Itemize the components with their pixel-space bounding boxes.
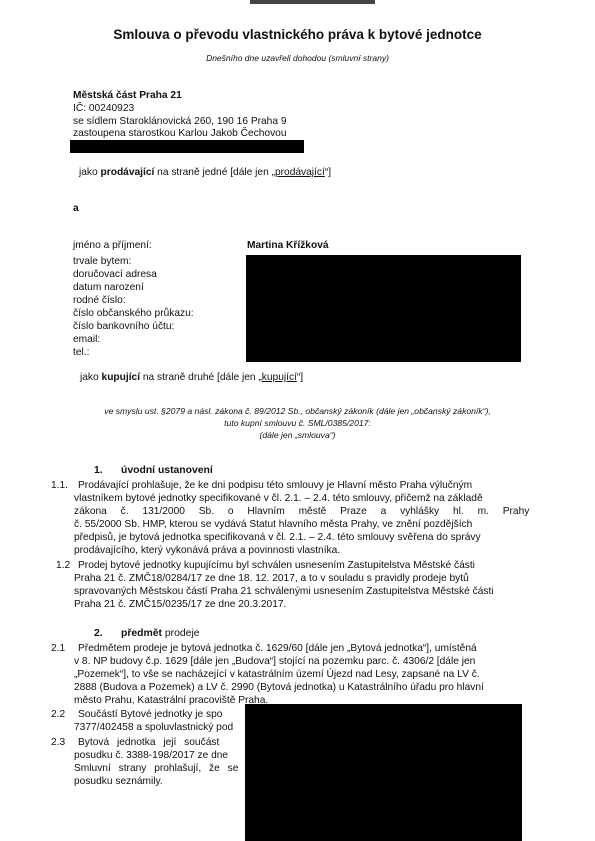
role-bold: kupující: [102, 372, 141, 383]
redacted-block: [70, 140, 304, 153]
seller-representative: zastoupena starostkou Karlou Jakob Čecho…: [73, 128, 287, 139]
paragraph-line: vlastníkem bytové jednotky specifikované…: [74, 493, 483, 504]
paragraph-line: předpisů, je bytová jednotka specifikova…: [74, 532, 481, 543]
paragraph-line: v 8. NP budovy č.p. 1629 [dále jen „Budo…: [74, 656, 475, 667]
paragraph-line: Předmětem prodeje je bytová jednotka č. …: [78, 643, 477, 654]
role-short-name: prodávající: [275, 167, 325, 178]
heading-rest: prodeje: [162, 628, 200, 639]
legal-note-line: ve smyslu ust. §2079 a násl. zákona č. 8…: [0, 406, 595, 416]
buyer-role: jako kupující na straně druhé [dále jen …: [80, 372, 303, 383]
buyer-field-label: číslo občanského průkazu:: [73, 308, 194, 319]
paragraph-line: „Pozemek“], to vše se nacházející v kata…: [74, 669, 480, 680]
role-text: jako: [80, 372, 102, 383]
paragraph-line: 2888 (Budova a Pozemek) a LV č. 2990 (By…: [74, 682, 484, 693]
redacted-block: [245, 704, 522, 841]
redacted-block: [246, 255, 521, 362]
legal-note-line: (dále jen „smlouva“): [0, 430, 595, 440]
section-number: 2.: [94, 628, 103, 639]
paragraph-line: posudku č. 3388-198/2017 ze dne: [74, 750, 228, 761]
paragraph-line: Praha 21 č. ZMČ15/0235/17 ze dne 20.3.20…: [74, 599, 286, 610]
paragraph-line: spravovaných Městskou částí Praha 21 sch…: [74, 586, 494, 597]
buyer-field-label: číslo bankovního účtu:: [73, 321, 174, 332]
scan-header-mark: [250, 0, 375, 4]
buyer-field-label: doručovací adresa: [73, 269, 157, 280]
paragraph-line: Prodej bytové jednotky kupujícímu byl sc…: [78, 560, 475, 571]
role-text: “]: [325, 167, 331, 178]
buyer-field-label: jméno a příjmení:: [73, 240, 152, 251]
role-text: jako: [79, 167, 101, 178]
paragraph-line: Součástí Bytové jednotky je spo: [78, 709, 222, 720]
buyer-field-label: email:: [73, 334, 100, 345]
section-heading: předmět prodeje: [121, 628, 200, 639]
paragraph-line: Prodávající prohlašuje, že ke dni podpis…: [78, 480, 472, 491]
paragraph-line: 7377/402458 a spoluvlastnický pod: [74, 722, 233, 733]
role-short-name: kupující: [262, 372, 297, 383]
buyer-field-label: rodné číslo:: [73, 295, 126, 306]
buyer-field-label: trvale bytem:: [73, 256, 131, 267]
conjunction-and: a: [73, 203, 79, 214]
role-bold: prodávající: [101, 167, 155, 178]
paragraph-line: prodávajícího, který vykonává práva a po…: [74, 545, 340, 556]
paragraph-line: Bytová jednotka její součást: [78, 737, 219, 748]
seller-address: se sídlem Staroklánovická 260, 190 16 Pr…: [73, 116, 287, 127]
role-text: na straně jedné [dále jen „: [154, 167, 275, 178]
buyer-field-label: tel.:: [73, 347, 89, 358]
role-text: na straně druhé [dále jen „: [140, 372, 262, 383]
seller-name: Městská část Praha 21: [73, 90, 182, 101]
document-title: Smlouva o převodu vlastnického práva k b…: [0, 27, 595, 42]
paragraph-number: 1.1.: [51, 480, 68, 491]
paragraph-line: Smluvní strany prohlašují, že se: [74, 763, 238, 774]
section-number: 1.: [94, 465, 103, 476]
paragraph-line: město Prahu, Katastrální pracoviště Prah…: [74, 695, 268, 706]
paragraph-line: Praha 21 č. ZMČ18/0284/17 ze dne 18. 12.…: [74, 573, 469, 584]
paragraph-line: posudku seznámily.: [74, 776, 163, 787]
buyer-field-label: datum narození: [73, 282, 144, 293]
document-subtitle: Dnešního dne uzavřeli dohodou (smluvní s…: [0, 53, 595, 63]
paragraph-number: 2.1: [51, 643, 65, 654]
heading-bold: předmět: [121, 628, 162, 639]
paragraph-number: 1.2: [56, 560, 70, 571]
role-text: “]: [297, 372, 303, 383]
paragraph-number: 2.2: [51, 709, 65, 720]
legal-note-line: tuto kupní smlouvu č. SML/0385/2017:: [0, 418, 595, 428]
paragraph-line: č. 55/2000 Sb. HMP, kterou se vydává Sta…: [74, 519, 472, 530]
seller-ico: IČ: 00240923: [73, 103, 134, 114]
seller-role: jako prodávající na straně jedné [dále j…: [79, 167, 331, 178]
paragraph-number: 2.3: [51, 737, 65, 748]
buyer-name: Martina Křížková: [247, 240, 329, 251]
paragraph-line: zákona č. 131/2000 Sb. o Hlavním městě P…: [74, 506, 529, 517]
section-heading: úvodní ustanovení: [121, 465, 213, 476]
